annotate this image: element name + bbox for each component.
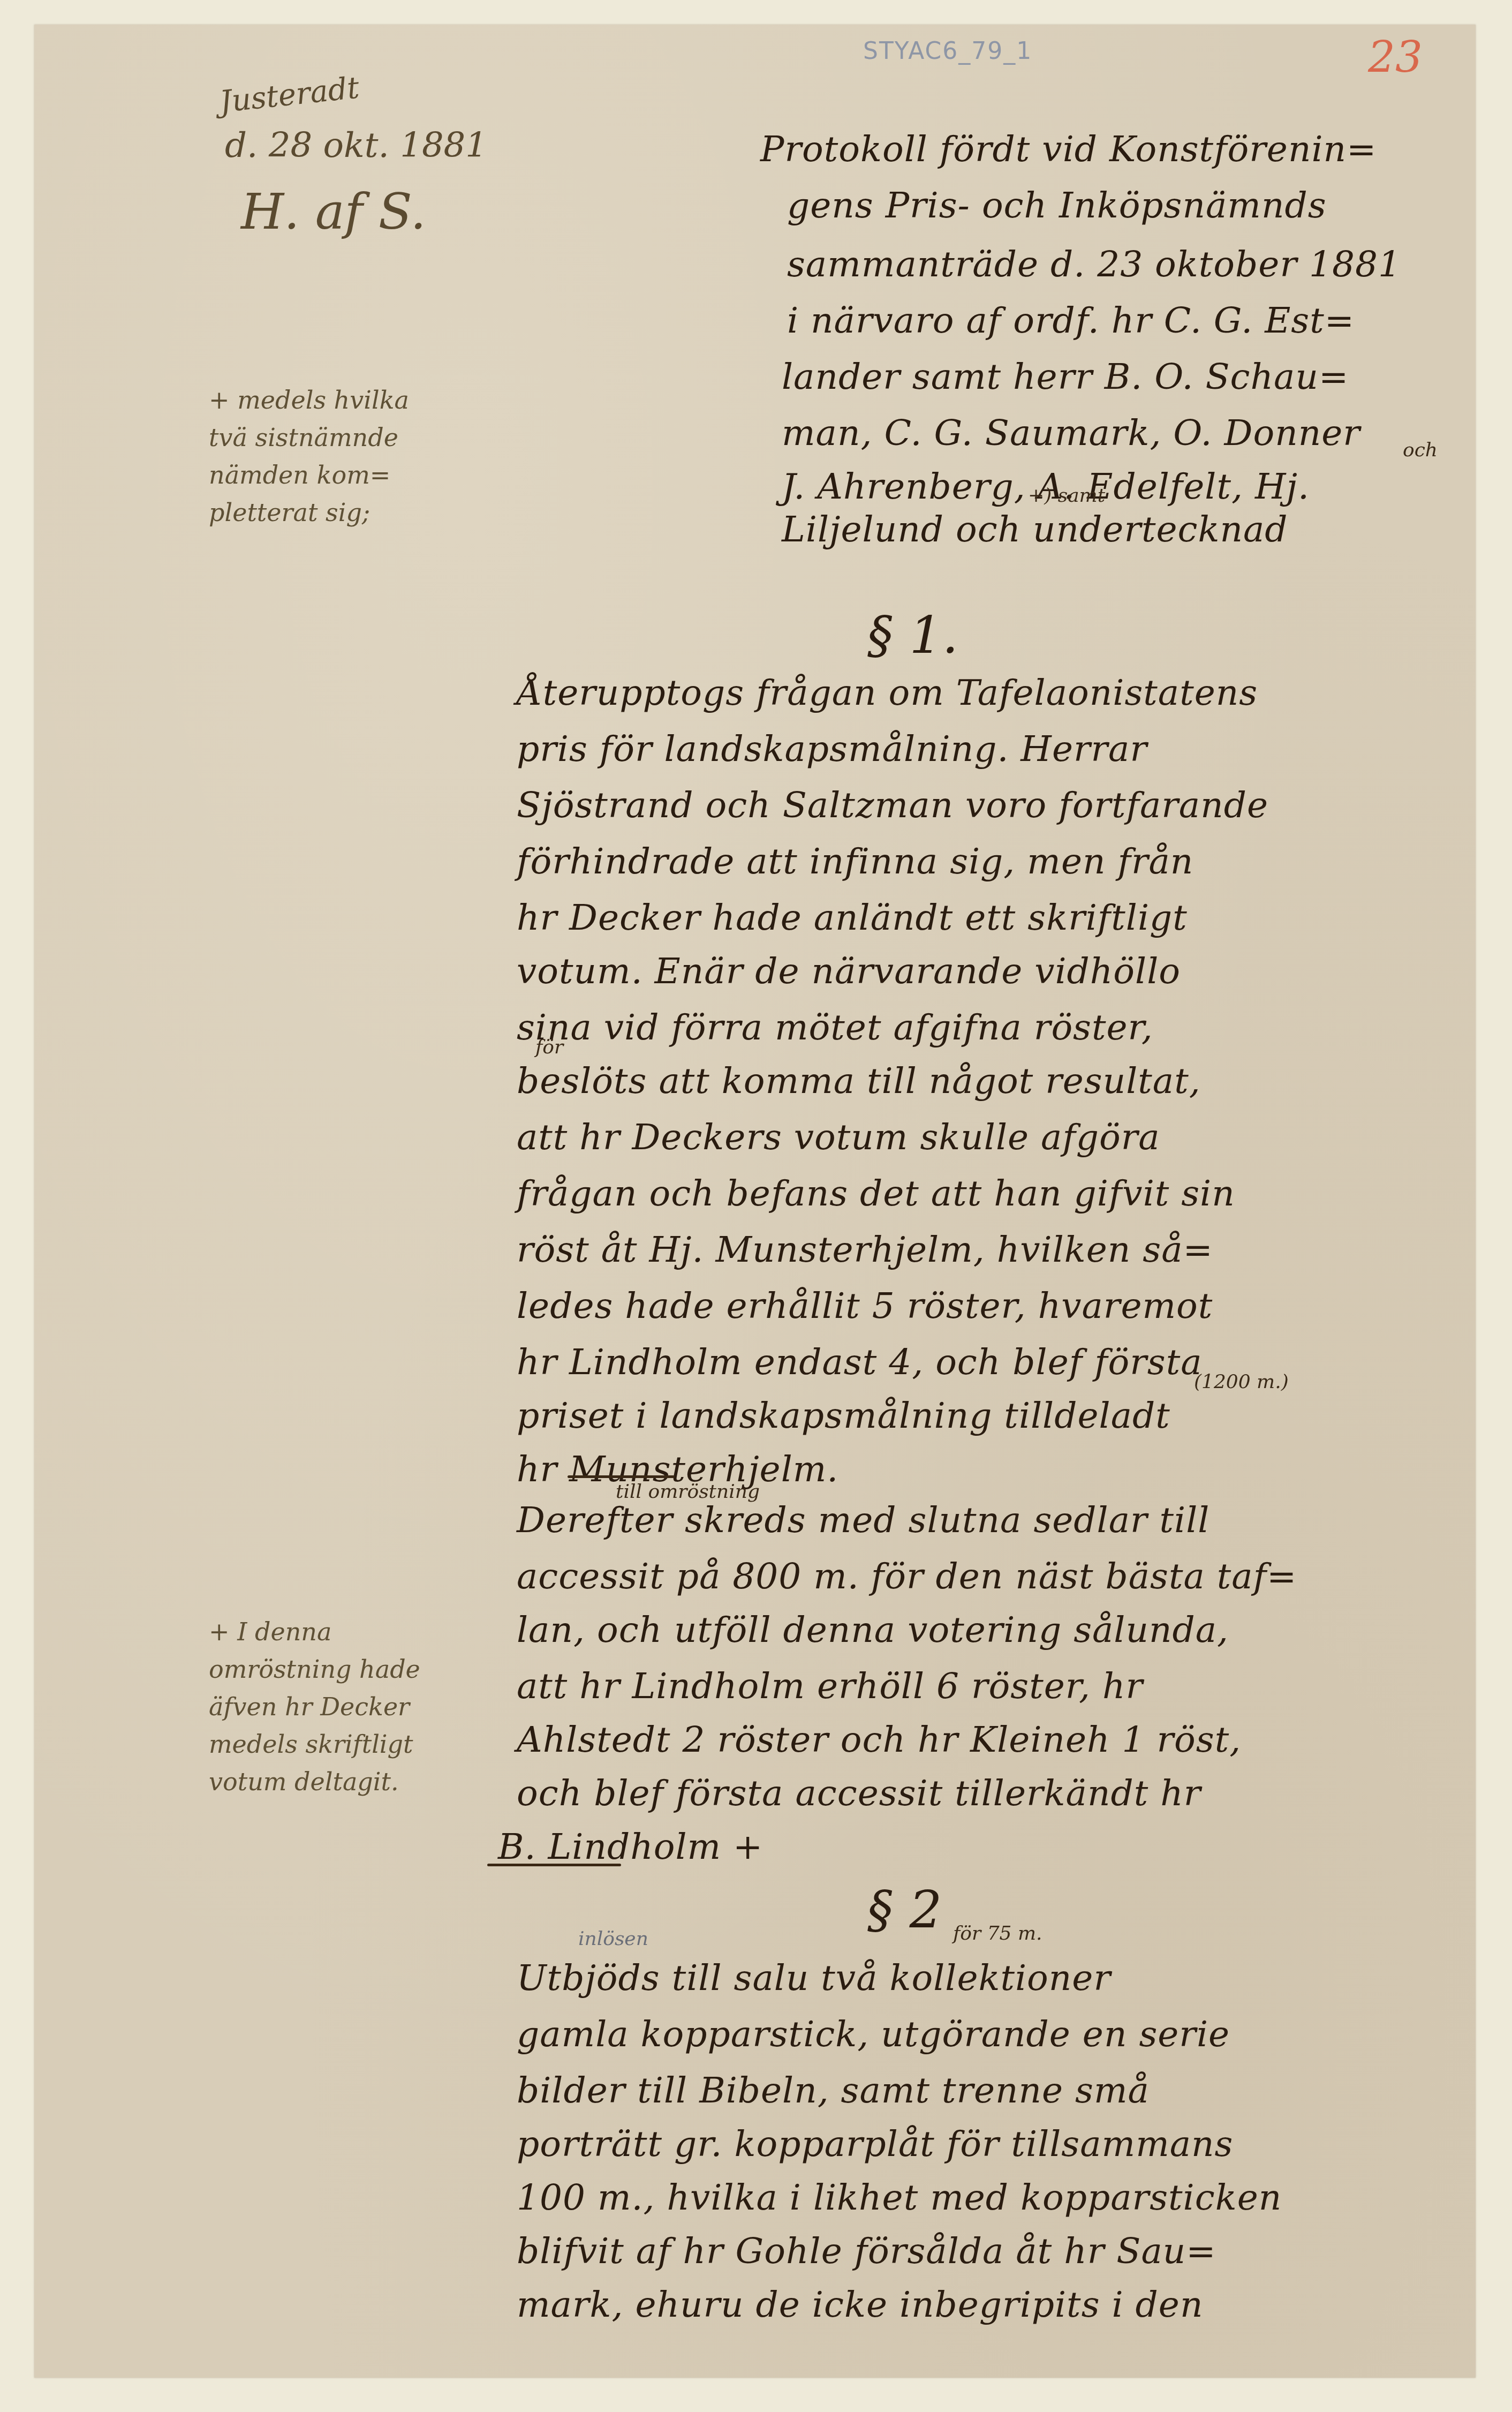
s1-line-18: lan, och utföll denna votering sålunda, (517, 1609, 1229, 1650)
s2-line-6: blifvit af hr Gohle försålda åt hr Sau= (517, 2230, 1216, 2272)
section-2-heading: § 2 (867, 1880, 942, 1940)
s1-line-12: ledes hade erhållit 5 röster, hvaremot (517, 1285, 1213, 1326)
s1-line-9: att hr Deckers votum skulle afgöra (517, 1117, 1160, 1158)
archive-code: STYAC6_79_1 (863, 37, 1032, 65)
s1-line-16: Derefter skreds med slutna sedlar till (517, 1499, 1209, 1541)
margin-note-2-line-1: + I denna (209, 1617, 331, 1646)
insert-samt: +) samt (1028, 485, 1105, 507)
s1-line-8: beslöts att komma till något resultat, (517, 1060, 1201, 1102)
s1-line-1: Återupptogs frågan om Tafelaonistatens (517, 672, 1258, 713)
s2-line-5: 100 m., hvilka i likhet med kopparsticke… (517, 2177, 1282, 2218)
insert-inlosen: inlösen (578, 1928, 648, 1950)
section-1-heading: § 1. (867, 605, 958, 665)
folio-number: 23 (1368, 32, 1423, 82)
s1-line-13: hr Lindholm endast 4, och blef första (517, 1341, 1203, 1383)
s1-line-14: priset i landskapsmålning tilldeladt (517, 1395, 1170, 1436)
preamble-line-1: Protokoll fördt vid Konstförenin= (760, 129, 1377, 170)
s1-line-5: hr Decker hade anländt ett skriftligt (517, 897, 1188, 938)
s1-line-21: och blef första accessit tillerkändt hr (517, 1773, 1201, 1814)
s2-line-7: mark, ehuru de icke inbegripits i den (517, 2284, 1203, 2325)
preamble-line-4: i närvaro af ordf. hr C. G. Est= (787, 300, 1355, 341)
margin-note-2-line-5: votum deltagit. (209, 1767, 399, 1796)
margin-note-2-line-3: äfven hr Decker (209, 1692, 410, 1721)
preamble-line-5: lander samt herr B. O. Schau= (782, 356, 1349, 397)
s1-line-22: B. Lindholm + (498, 1826, 763, 1867)
insert-amount: (1200 m.) (1194, 1371, 1289, 1393)
s1-line-19: att hr Lindholm erhöll 6 röster, hr (517, 1665, 1143, 1707)
s1-line-11: röst åt Hj. Munsterhjelm, hvilken så= (517, 1229, 1213, 1270)
s1-line-3: Sjöstrand och Saltzman voro fortfarande (517, 785, 1268, 826)
margin-note-1-line-2: tvä sistnämnde (209, 423, 398, 452)
s2-line-1: Utbjöds till salu två kollektioner (517, 1957, 1111, 1999)
s1-line-4: förhindrade att infinna sig, men från (517, 841, 1193, 882)
approval-initials: H. af S. (241, 187, 426, 237)
preamble-line-8: Liljelund och undertecknad (782, 509, 1288, 550)
underline-lindholm (487, 1864, 621, 1866)
s2-line-4: porträtt gr. kopparplåt för tillsammans (517, 2123, 1233, 2165)
insert-price: för 75 m. (953, 1923, 1042, 1944)
s2-line-2: gamla kopparstick, utgörande en serie (517, 2014, 1230, 2055)
approval-date: d. 28 okt. 1881 (225, 129, 487, 163)
preamble-line-2: gens Pris- och Inköpsnämnds (787, 185, 1327, 226)
margin-note-2-line-4: medels skriftligt (209, 1730, 413, 1759)
margin-note-2-line-2: omröstning hade (209, 1655, 420, 1684)
margin-note-1-line-1: + medels hvilka (209, 386, 409, 414)
insert-for: för (535, 1036, 563, 1058)
margin-note-1-line-3: nämden kom= (209, 461, 390, 489)
s1-line-2: pris för landskapsmålning. Herrar (517, 728, 1147, 770)
insert-och: och (1403, 439, 1438, 461)
s1-line-7: sina vid förra mötet afgifna röster, (517, 1007, 1153, 1048)
s1-line-17: accessit på 800 m. för den näst bästa ta… (517, 1556, 1297, 1597)
s1-line-6: votum. Enär de närvarande vidhöllo (517, 951, 1181, 992)
underline-munsterhjelm (568, 1475, 675, 1478)
s2-line-3: bilder till Bibeln, samt trenne små (517, 2070, 1150, 2111)
s1-line-20: Ahlstedt 2 röster och hr Kleineh 1 röst, (517, 1719, 1241, 1760)
s1-line-10: frågan och befans det att han gifvit sin (517, 1173, 1235, 1214)
preamble-line-3: sammanträde d. 23 oktober 1881 (787, 244, 1401, 285)
margin-note-1-line-4: pletterat sig; (209, 498, 370, 527)
preamble-line-6: man, C. G. Saumark, O. Donner (782, 412, 1360, 454)
